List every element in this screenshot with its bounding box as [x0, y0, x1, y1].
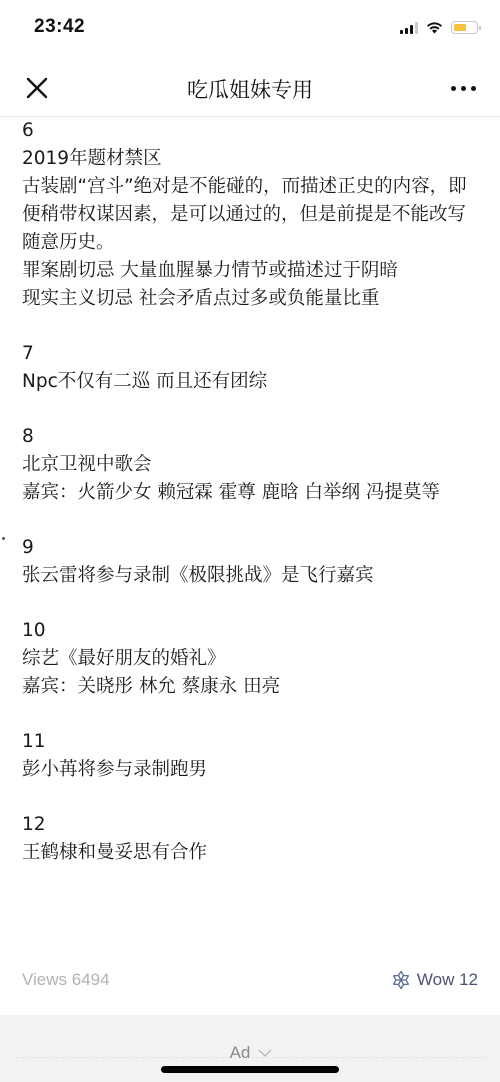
ad-label: Ad	[228, 1043, 253, 1063]
cellular-signal-icon	[400, 22, 418, 34]
section-line: 古装剧“宫斗”绝对是不能碰的，而描述正史的内容，即便稍带权谋因素，是可以通过的，…	[22, 173, 482, 257]
ad-toggle[interactable]: Ad	[0, 1043, 500, 1063]
status-icons	[400, 21, 478, 34]
article-section: 10 综艺《最好朋友的婚礼》 嘉宾：关晓彤 林允 蔡康永 田亮	[22, 617, 482, 701]
section-line: 嘉宾：关晓彤 林允 蔡康永 田亮	[22, 673, 482, 701]
article-section: 11 彭小苒将参与录制跑男	[22, 728, 482, 784]
section-number: 8	[22, 423, 482, 451]
article-section: 7 Npc不仅有二巡 而且还有团综	[22, 340, 482, 396]
article-body: 6 2019年题材禁区 古装剧“宫斗”绝对是不能碰的，而描述正史的内容，即便稍带…	[22, 117, 482, 894]
status-time: 23:42	[34, 16, 85, 38]
section-number: 9	[22, 534, 482, 562]
article-section: 8 北京卫视中歌会 嘉宾：火箭少女 赖冠霖 霍尊 鹿晗 白举纲 冯提莫等	[22, 423, 482, 507]
section-number: 12	[22, 811, 482, 839]
more-icon[interactable]	[451, 86, 476, 91]
chevron-down-icon	[258, 1049, 272, 1058]
section-number: 6	[22, 117, 482, 145]
section-line: 北京卫视中歌会	[22, 451, 482, 479]
battery-icon	[451, 21, 478, 34]
section-line: 现实主义切忌 社会矛盾点过多或负能量比重	[22, 285, 482, 313]
section-number: 11	[22, 728, 482, 756]
section-line: 张云雷将参与录制《极限挑战》是飞行嘉宾	[22, 562, 482, 590]
section-number: 7	[22, 340, 482, 368]
section-line: Npc不仅有二巡 而且还有团综	[22, 368, 482, 396]
wow-label: Wow 12	[417, 970, 478, 990]
home-indicator[interactable]	[161, 1066, 339, 1073]
article-section: 12 王鹤棣和曼妥思有合作	[22, 811, 482, 867]
section-number: 10	[22, 617, 482, 645]
article-stats: Views 6494 Wow 12	[22, 965, 478, 995]
scroll-indicator-dot	[2, 537, 5, 540]
section-line: 综艺《最好朋友的婚礼》	[22, 645, 482, 673]
section-line: 彭小苒将参与录制跑男	[22, 756, 482, 784]
wow-button[interactable]: Wow 12	[391, 970, 478, 990]
article-section: 6 2019年题材禁区 古装剧“宫斗”绝对是不能碰的，而描述正史的内容，即便稍带…	[22, 117, 482, 313]
wow-icon	[391, 970, 411, 990]
page-title: 吃瓜姐妹专用	[0, 74, 500, 104]
wifi-icon	[426, 21, 443, 34]
section-line: 罪案剧切忌 大量血腥暴力情节或描述过于阴暗	[22, 257, 482, 285]
article-section: 9 张云雷将参与录制《极限挑战》是飞行嘉宾	[22, 534, 482, 590]
section-line: 2019年题材禁区	[22, 145, 482, 173]
section-line: 王鹤棣和曼妥思有合作	[22, 839, 482, 867]
section-line: 嘉宾：火箭少女 赖冠霖 霍尊 鹿晗 白举纲 冯提莫等	[22, 479, 482, 507]
views-count: Views 6494	[22, 970, 110, 990]
nav-bar: 吃瓜姐妹专用	[0, 60, 500, 117]
status-bar: 23:42	[0, 0, 500, 60]
